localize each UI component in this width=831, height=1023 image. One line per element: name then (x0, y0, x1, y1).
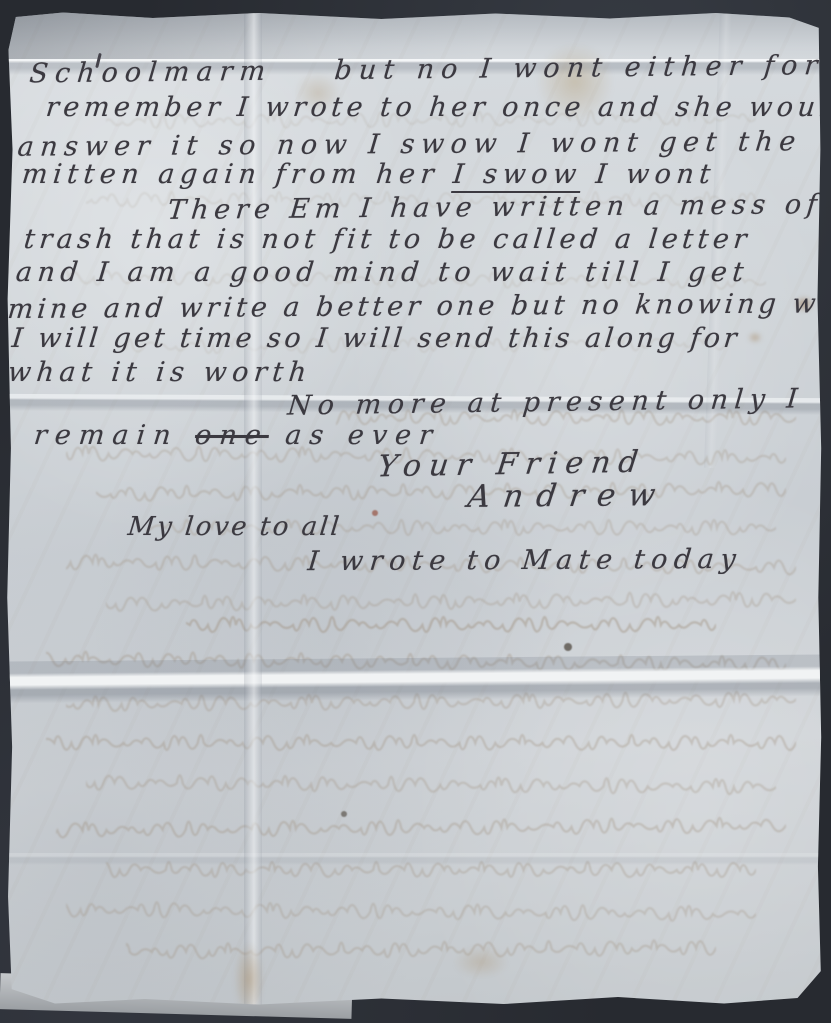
photo-background: { "scene": { "description": "Photograph … (0, 0, 831, 1023)
letter-line: what it is worth (7, 359, 314, 386)
signature: Andrew (466, 480, 670, 513)
letter-line: trash that is not fit to be called a let… (23, 226, 753, 253)
letter-line-segment: remain (32, 420, 196, 451)
letter-line: mitten again from her I swow I wont (21, 161, 718, 188)
crossed-out-word: one (194, 420, 271, 451)
letter-text: Schoolmarm but no I wont either for I re… (6, 10, 822, 1006)
letter-line: remain one as ever (33, 422, 442, 449)
letter-line: No more at present only I (286, 385, 805, 419)
letter-line-segment: mitten again from her (20, 159, 454, 190)
postscript-line: I wrote to Mate today (307, 546, 744, 575)
letter-line-segment: I wont (580, 159, 717, 190)
letter-line: mine and write a better one but no knowi… (6, 290, 831, 323)
letter-line: and I am a good mind to wait till I get (15, 259, 751, 286)
letter-line: I will get time so I will send this alon… (11, 325, 742, 352)
underlined-phrase: I swow (451, 159, 583, 193)
postscript-line: My love to all (127, 514, 343, 540)
letter-line: answer it so now I swow I wont get the (16, 128, 803, 160)
letter-line: There Em I have written a mess of (166, 191, 823, 224)
letter-page: Schoolmarm but no I wont either for I re… (6, 10, 822, 1006)
letter-line-segment: as ever (267, 420, 442, 451)
letter-line: Schoolmarm but no I wont either for I (28, 52, 831, 88)
letter-line: remember I wrote to her once and she wou… (45, 94, 831, 121)
